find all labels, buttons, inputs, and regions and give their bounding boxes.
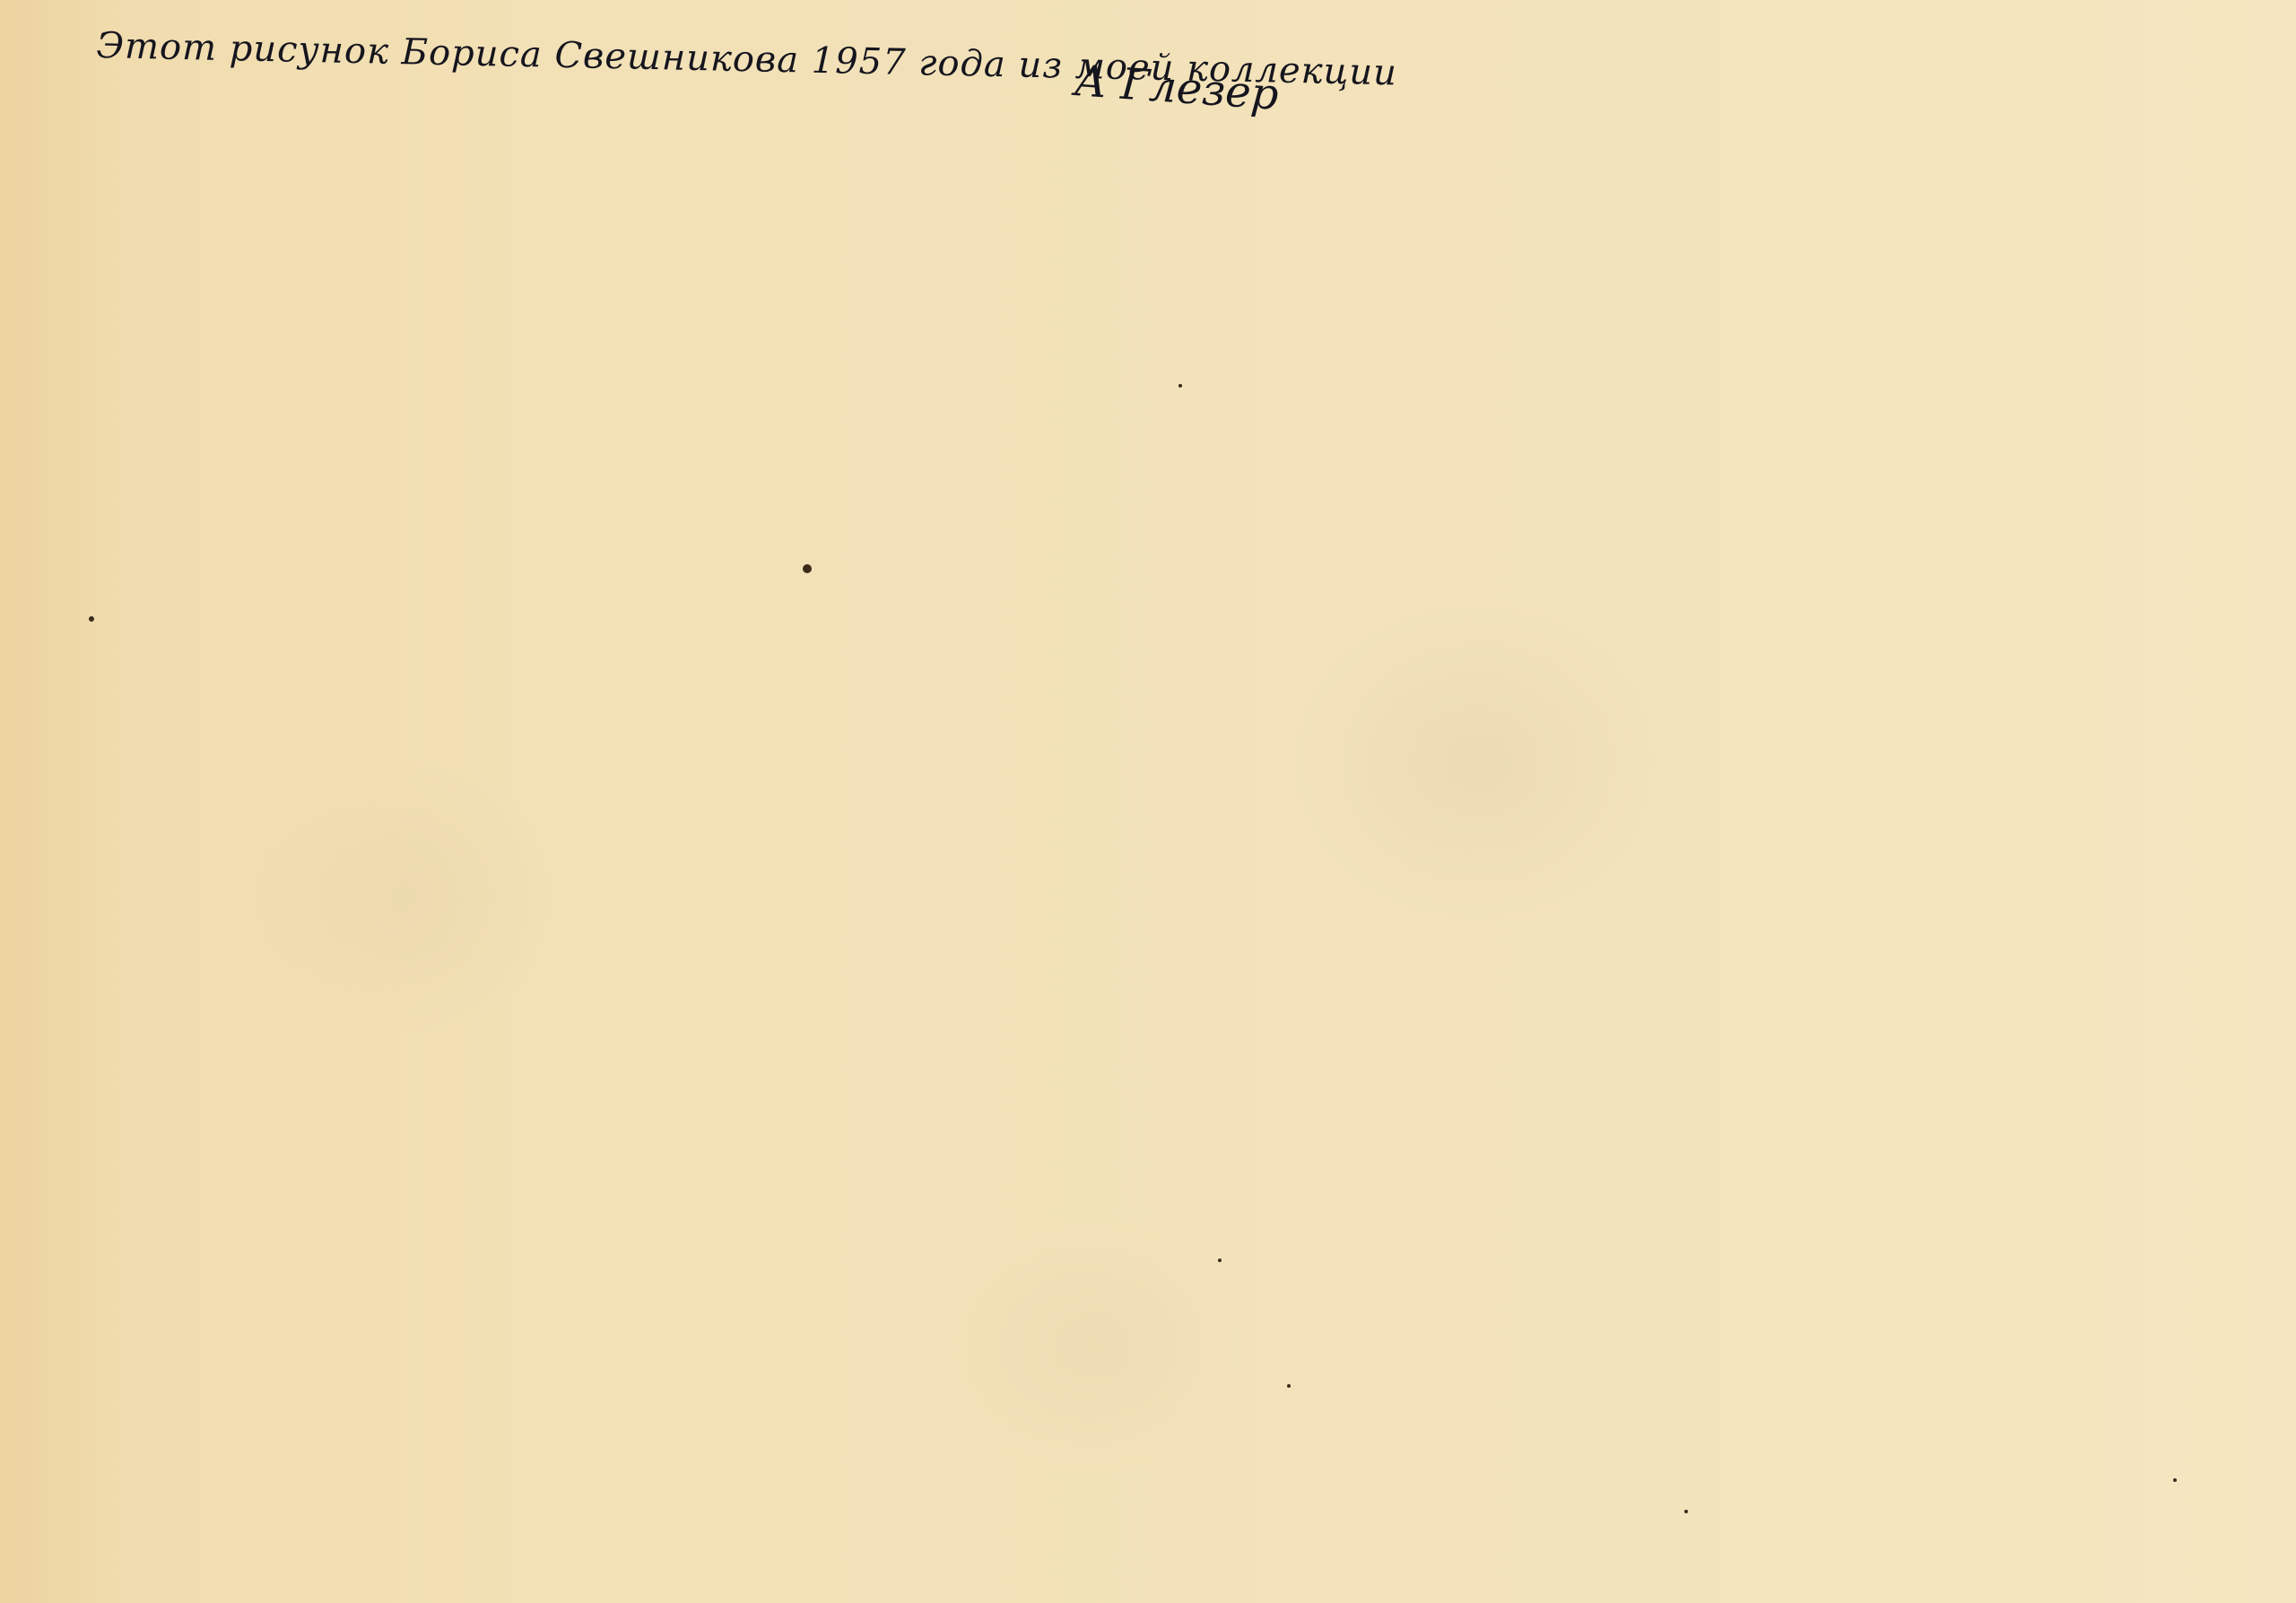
- ink-spot: [89, 616, 94, 622]
- ink-spot: [2173, 1478, 2177, 1482]
- ink-spot: [1218, 1259, 1222, 1262]
- ink-spot: [1684, 1510, 1688, 1513]
- ink-spot: [803, 564, 812, 573]
- ink-spot: [1178, 384, 1182, 388]
- paper-background: [0, 0, 2296, 1603]
- ink-spot: [1287, 1384, 1291, 1388]
